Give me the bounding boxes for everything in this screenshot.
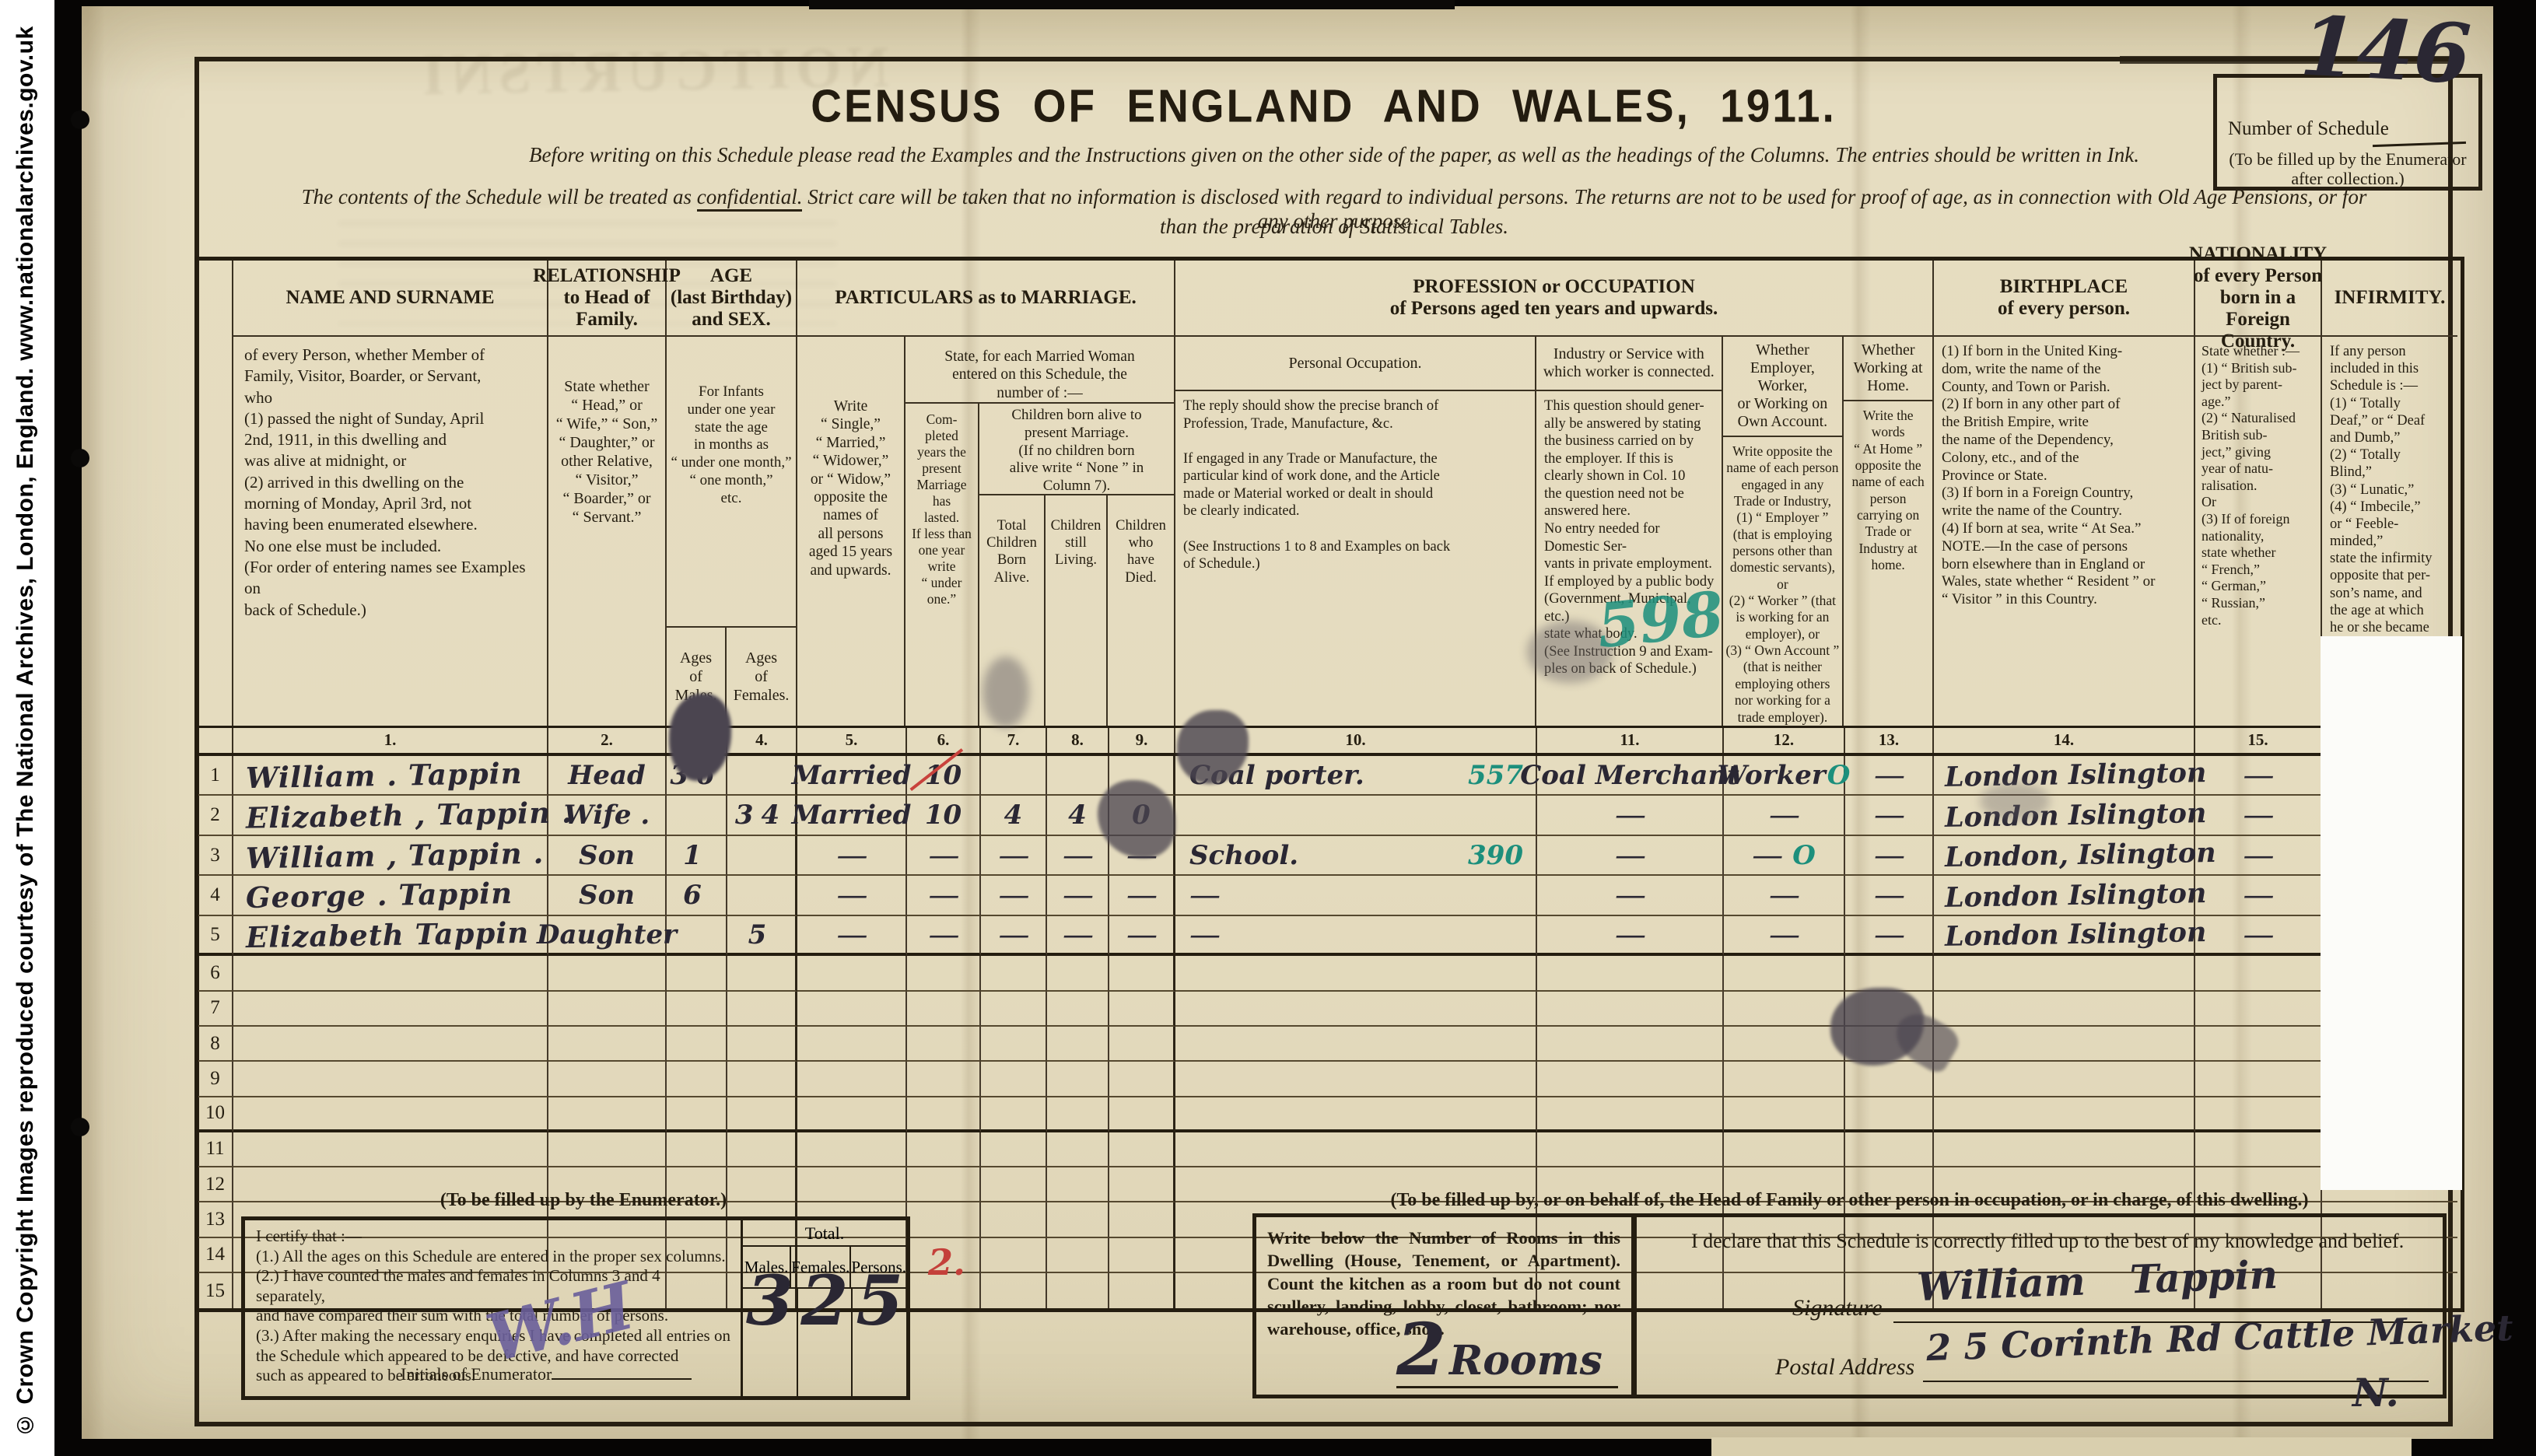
row-13-cell-died	[1109, 1202, 1175, 1237]
green-ink-circle: O	[1827, 760, 1851, 791]
row-4-ind-handwritten: —	[1615, 877, 1645, 913]
row-2-nat-handwritten: —	[2244, 797, 2273, 833]
row-1-ind-handwritten: Coal Merchant	[1520, 760, 1739, 791]
row-7-cell-living	[1047, 992, 1109, 1027]
red-ink-annotation: 2.	[928, 1241, 965, 1283]
row-8-cell-ind	[1537, 1027, 1724, 1062]
header-col8: Children still Living.	[1046, 495, 1108, 726]
table-row-11: 11	[198, 1132, 2461, 1167]
row-10-cell-living	[1047, 1097, 1109, 1132]
declaration-text: I declare that this Schedule is correctl…	[1691, 1230, 2404, 1253]
row-11-cell-age_f	[727, 1132, 797, 1167]
row-5-name-handwritten: Elizabeth Tappin	[246, 915, 530, 954]
header-rownum	[198, 261, 233, 726]
row-2-cell-name: Elizabeth , Tappin .	[233, 796, 548, 836]
row-1-birth-handwritten: London Islington	[1945, 757, 2207, 793]
row-11-cell-name	[233, 1132, 548, 1167]
row-14-cell-n: 14	[198, 1238, 233, 1273]
header-col13: Whether Working at Home. Write the words…	[1844, 337, 1932, 726]
confidential-line2: than the preparation of Statistical Tabl…	[284, 215, 2384, 239]
row-2-cell-occ	[1175, 796, 1537, 836]
table-row-5: 5Elizabeth TappinDaughter5—————————Londo…	[198, 916, 2461, 957]
scan-edge-top	[809, 0, 1455, 9]
column-number-9: 9.	[1109, 728, 1175, 753]
row-11-cell-n: 11	[198, 1132, 233, 1167]
column-numbers-row: 1.2.3.4.5.6.7.8.9.10.11.12.13.14.15.16.	[198, 728, 2461, 756]
row-9-cell-name	[233, 1062, 548, 1097]
row-9-cell-home	[1845, 1062, 1934, 1097]
row-4-cell-n: 4	[198, 876, 233, 916]
row-4-rel-handwritten: Son	[579, 880, 635, 911]
green-ink-code-598: 598	[1594, 579, 1727, 663]
row-3-occupation-code-green: 390	[1468, 840, 1523, 871]
row-11-cell-died	[1109, 1132, 1175, 1167]
row-9-cell-died	[1109, 1062, 1175, 1097]
row-10-cell-born	[981, 1097, 1047, 1132]
signature-label: Signature	[1792, 1295, 1883, 1321]
row-2-cell-nat: —	[2195, 796, 2322, 836]
header-col10-title: Personal Occupation.	[1175, 337, 1535, 391]
row-8-cell-birth	[1934, 1027, 2195, 1062]
row-4-born-handwritten: —	[999, 877, 1028, 913]
row-2-years-handwritten: 10	[925, 800, 962, 831]
row-15-cell-living	[1047, 1273, 1109, 1308]
row-7-cell-emp	[1724, 992, 1845, 1027]
header-birthplace-body: (1) If born in the United King- dom, wri…	[1934, 337, 2194, 726]
header-marriage: PARTICULARS as to MARRIAGE. Write “ Sing…	[797, 261, 1175, 726]
row-12-cell-died	[1109, 1167, 1175, 1202]
table-row-7: 7	[198, 992, 2461, 1027]
row-10-cell-ind	[1537, 1097, 1724, 1132]
row-4-nat-handwritten: —	[2244, 877, 2273, 913]
header-col5: Write “ Single,” “ Married,” “ Widower,”…	[797, 337, 905, 726]
column-number-13: 13.	[1845, 728, 1934, 753]
row-3-cell-living: —	[1047, 836, 1109, 877]
row-11-cell-home	[1845, 1132, 1934, 1167]
row-11-cell-rel	[548, 1132, 667, 1167]
row-9-cell-age_m	[667, 1062, 727, 1097]
row-7-cell-rel	[548, 992, 667, 1027]
row-1-nat-handwritten: —	[2244, 758, 2273, 793]
row-3-cell-birth: London, Islington	[1934, 836, 2195, 877]
rooms-box: Write below the Number of Rooms in this …	[1252, 1213, 1635, 1398]
row-9-cell-occ	[1175, 1062, 1537, 1097]
header-name: NAME AND SURNAME of every Person, whethe…	[233, 261, 548, 726]
row-11-cell-occ	[1175, 1132, 1537, 1167]
dwelling-caption: (To be filled up by, or on behalf of, th…	[1249, 1190, 2450, 1211]
header-col9: Children who have Died.	[1108, 495, 1174, 726]
row-5-cell-age_f: 5	[727, 916, 797, 957]
row-2-ind-handwritten: —	[1615, 797, 1645, 833]
column-number-12: 12.	[1724, 728, 1845, 753]
column-number-11: 11.	[1537, 728, 1724, 753]
row-2-cell-rel: Wife .	[548, 796, 667, 836]
row-4-name-handwritten: George . Tappin	[246, 876, 513, 915]
row-5-home-handwritten: —	[1874, 917, 1904, 953]
row-9-cell-n: 9	[198, 1062, 233, 1097]
row-14-cell-died	[1109, 1238, 1175, 1273]
row-5-cell-living: —	[1047, 916, 1109, 957]
row-1-cell-emp: WorkerO	[1724, 756, 1845, 796]
row-3-birth-handwritten: London, Islington	[1945, 837, 2216, 873]
row-2-born-handwritten: 4	[1004, 800, 1023, 831]
row-7-cell-age_f	[727, 992, 797, 1027]
punch-hole	[71, 449, 89, 467]
column-number-1: 1.	[233, 728, 548, 753]
row-9-cell-age_f	[727, 1062, 797, 1097]
row-2-rel-handwritten: Wife .	[564, 800, 650, 831]
header-birthplace: BIRTHPLACE of every person. (1) If born …	[1934, 261, 2195, 726]
row-10-cell-age_m	[667, 1097, 727, 1132]
row-6-cell-years	[907, 956, 981, 991]
row-5-cond-handwritten: —	[837, 917, 867, 953]
row-2-cell-age_m	[667, 796, 727, 836]
confidential-word: confidential.	[697, 185, 803, 212]
header-col11-title: Industry or Service with which worker is…	[1536, 337, 1722, 391]
row-8-cell-n: 8	[198, 1027, 233, 1062]
row-5-cell-years: —	[907, 916, 981, 957]
row-12-cell-living	[1047, 1167, 1109, 1202]
row-3-occ-handwritten: School.	[1189, 840, 1298, 871]
header-col10: Personal Occupation. The reply should sh…	[1175, 337, 1536, 726]
row-10-cell-occ	[1175, 1097, 1537, 1132]
row-10-cell-died	[1109, 1097, 1175, 1132]
row-13-cell-living	[1047, 1202, 1109, 1237]
row-7-cell-born	[981, 992, 1047, 1027]
row-4-cell-living: —	[1047, 876, 1109, 916]
rooms-value: 2 Rooms	[1396, 1321, 1618, 1388]
row-1-home-handwritten: —	[1874, 758, 1904, 793]
row-6-cell-cond	[797, 956, 907, 991]
table-row-10: 10	[198, 1097, 2461, 1132]
row-4-cell-age_m: 6	[667, 876, 727, 916]
row-12-cell-n: 12	[198, 1167, 233, 1202]
row-4-cell-home: —	[1845, 876, 1934, 916]
row-9-cell-ind	[1537, 1062, 1724, 1097]
postal-address-handwritten: 2 5 Corinth Rd Cattle Market	[1925, 1307, 2513, 1369]
row-15-cell-born	[981, 1273, 1047, 1308]
row-8-cell-years	[907, 1027, 981, 1062]
header-name-title: NAME AND SURNAME	[233, 261, 547, 337]
row-5-occ-handwritten: —	[1189, 917, 1219, 953]
row-8-cell-rel	[548, 1027, 667, 1062]
row-4-cell-name: George . Tappin	[233, 876, 548, 916]
row-6-cell-birth	[1934, 956, 2195, 991]
row-11-cell-age_m	[667, 1132, 727, 1167]
row-4-cell-emp: —	[1724, 876, 1845, 916]
row-5-cell-cond: —	[797, 916, 907, 957]
row-3-cell-born: —	[981, 836, 1047, 877]
row-2-cond-handwritten: Married	[792, 800, 912, 831]
row-3-name-handwritten: William , Tappin .	[246, 835, 545, 875]
table-row-6: 6	[198, 956, 2461, 991]
row-3-rel-handwritten: Son	[579, 840, 635, 871]
row-7-cell-cond	[797, 992, 907, 1027]
row-4-occ-handwritten: —	[1189, 877, 1219, 913]
row-3-years-handwritten: —	[929, 838, 958, 873]
row-11-cell-ind	[1537, 1132, 1724, 1167]
row-1-cell-age_f	[727, 756, 797, 796]
row-5-cell-birth: London Islington	[1934, 916, 2195, 957]
row-6-cell-nat	[2195, 956, 2322, 991]
column-number-15: 15.	[2195, 728, 2322, 753]
row-1-cell-birth: London Islington	[1934, 756, 2195, 796]
row-4-cell-died: —	[1109, 876, 1175, 916]
header-relationship: RELATIONSHIP to Head of Family. State wh…	[548, 261, 667, 726]
row-3-cell-age_m: 1	[667, 836, 727, 877]
row-1-cell-born	[981, 756, 1047, 796]
row-4-years-handwritten: —	[929, 877, 958, 913]
row-1-cell-rel: Head	[548, 756, 667, 796]
row-4-cell-years: —	[907, 876, 981, 916]
form-title: CENSUS OF ENGLAND AND WALES, 1911.	[194, 79, 2453, 132]
schedule-number-note: (To be filled up by the Enumerator after…	[2217, 149, 2478, 189]
row-5-cell-nat: —	[2195, 916, 2322, 957]
row-8-cell-age_m	[667, 1027, 727, 1062]
row-10-cell-name	[233, 1097, 548, 1132]
row-7-cell-nat	[2195, 992, 2322, 1027]
schedule-number-value: 146	[2298, 0, 2473, 103]
header-nationality-title: NATIONALITY of every Person born in a Fo…	[2195, 261, 2321, 337]
row-2-emp-handwritten: —	[1769, 797, 1799, 833]
row-12-cell-born	[981, 1167, 1047, 1202]
instruction-line: Before writing on this Schedule please r…	[284, 143, 2384, 167]
row-4-cell-nat: —	[2195, 876, 2322, 916]
row-9-cell-emp	[1724, 1062, 1845, 1097]
row-3-cell-years: —	[907, 836, 981, 877]
row-3-emp-handwritten: —	[1752, 838, 1781, 873]
header-relationship-title: RELATIONSHIP to Head of Family.	[548, 261, 665, 337]
column-number-14: 14.	[1934, 728, 2195, 753]
rooms-word: Rooms	[1449, 1337, 1603, 1384]
row-5-cell-ind: —	[1537, 916, 1724, 957]
census-form-paper: NOITCURTSNI CENSUS OF ENGLAND AND WALES,…	[82, 6, 2493, 1439]
header-married-woman: State, for each Married Woman entered on…	[905, 337, 1174, 404]
copyright-strip: © Crown Copyright Images reproduced cour…	[0, 0, 54, 1456]
row-8-cell-died	[1109, 1027, 1175, 1062]
row-3-cell-cond: —	[797, 836, 907, 877]
row-3-cell-n: 3	[198, 836, 233, 877]
row-4-cell-ind: —	[1537, 876, 1724, 916]
row-1-cell-living	[1047, 756, 1109, 796]
row-1-cell-n: 1	[198, 756, 233, 796]
header-birthplace-title: BIRTHPLACE of every person.	[1934, 261, 2194, 337]
row-8-cell-emp	[1724, 1027, 1845, 1062]
schedule-number-rule	[2373, 142, 2466, 147]
row-8-cell-occ	[1175, 1027, 1537, 1062]
row-4-cell-cond: —	[797, 876, 907, 916]
row-8-cell-name	[233, 1027, 548, 1062]
column-number-4: 4.	[727, 728, 797, 753]
row-10-cell-birth	[1934, 1097, 2195, 1132]
row-3-cell-home: —	[1845, 836, 1934, 877]
header-col6: Com- pleted years the present Marriage h…	[905, 404, 979, 726]
row-4-age_m-handwritten: 6	[683, 880, 709, 911]
row-1-rel-handwritten: Head	[568, 760, 646, 791]
instruction-text: Before writing on this Schedule please r…	[529, 143, 2139, 166]
row-8-cell-living	[1047, 1027, 1109, 1062]
row-5-birth-handwritten: London Islington	[1945, 916, 2207, 953]
row-3-age_m-handwritten: 1	[683, 840, 709, 871]
row-6-cell-home	[1845, 956, 1934, 991]
table-row-3: 3William , Tappin .Son1—————School.390——…	[198, 836, 2461, 877]
header-infirmity-title: INFIRMITY.	[2322, 261, 2457, 337]
ink-smudge	[1980, 782, 2050, 820]
row-4-cell-birth: London Islington	[1934, 876, 2195, 916]
row-1-cell-home: —	[1845, 756, 1934, 796]
row-3-cond-handwritten: —	[837, 838, 867, 873]
row-13-cell-n: 13	[198, 1202, 233, 1237]
header-col13-body: Write the words “ At Home ” opposite the…	[1844, 401, 1932, 726]
row-4-cond-handwritten: —	[837, 877, 867, 913]
header-col12-title: Whether Employer, Worker, or Working on …	[1723, 337, 1843, 437]
row-6-cell-rel	[548, 956, 667, 991]
header-marriage-title: PARTICULARS as to MARRIAGE.	[797, 261, 1174, 337]
row-4-home-handwritten: —	[1874, 877, 1904, 913]
table-row-1: 1William . TappinHead36Married10Coal por…	[198, 756, 2461, 796]
row-3-cell-ind: —	[1537, 836, 1724, 877]
row-5-cell-died: —	[1109, 916, 1175, 957]
row-6-cell-emp	[1724, 956, 1845, 991]
row-15-cell-died	[1109, 1273, 1175, 1308]
males-total-value: 3	[746, 1275, 793, 1326]
row-1-occupation-code-green: 557	[1468, 760, 1523, 791]
table-row-9: 9	[198, 1062, 2461, 1097]
row-9-cell-living	[1047, 1062, 1109, 1097]
row-15-cell-n: 15	[198, 1273, 233, 1308]
row-5-died-handwritten: —	[1126, 917, 1156, 953]
row-4-cell-born: —	[981, 876, 1047, 916]
rooms-number: 2	[1396, 1307, 1446, 1391]
row-5-cell-home: —	[1845, 916, 1934, 957]
row-4-died-handwritten: —	[1126, 877, 1156, 913]
row-4-cell-age_f	[727, 876, 797, 916]
row-3-cell-occ: School.390	[1175, 836, 1537, 877]
row-2-cell-cond: Married	[797, 796, 907, 836]
row-5-ind-handwritten: —	[1615, 917, 1645, 953]
census-table: NAME AND SURNAME of every Person, whethe…	[194, 257, 2464, 1312]
row-1-cell-nat: —	[2195, 756, 2322, 796]
row-7-cell-died	[1109, 992, 1175, 1027]
females-total-value: 2	[800, 1275, 848, 1326]
table-row-4: 4George . TappinSon6—————————London Isli…	[198, 876, 2461, 916]
header-age-body: For Infants under one year state the age…	[667, 337, 796, 726]
row-11-cell-birth	[1934, 1132, 2195, 1167]
row-1-name-handwritten: William . Tappin	[246, 755, 523, 794]
row-7-cell-ind	[1537, 992, 1724, 1027]
header-age: AGE (last Birthday) and SEX. For Infants…	[667, 261, 797, 726]
row-11-cell-nat	[2195, 1132, 2322, 1167]
persons-total-value: 5	[856, 1275, 903, 1326]
row-9-cell-cond	[797, 1062, 907, 1097]
row-2-name-handwritten: Elizabeth , Tappin .	[246, 795, 573, 835]
row-7-cell-birth	[1934, 992, 2195, 1027]
row-3-cell-rel: Son	[548, 836, 667, 877]
row-10-cell-home	[1845, 1097, 1934, 1132]
punch-hole	[71, 1118, 89, 1136]
postal-address-label: Postal Address	[1775, 1354, 1914, 1381]
row-7-cell-n: 7	[198, 992, 233, 1027]
totals-table: Total. Males. Females. Persons. 3 2 5	[743, 1220, 906, 1396]
row-2-home-handwritten: —	[1874, 797, 1904, 833]
header-children-alive: Children born alive to present Marriage.…	[979, 404, 1174, 495]
row-6-cell-living	[1047, 956, 1109, 991]
row-2-cell-born: 4	[981, 796, 1047, 836]
row-10-cell-cond	[797, 1097, 907, 1132]
row-9-cell-rel	[548, 1062, 667, 1097]
row-8-cell-cond	[797, 1027, 907, 1062]
row-5-born-handwritten: —	[999, 917, 1028, 953]
column-number-5: 5.	[797, 728, 907, 753]
row-6-cell-died	[1109, 956, 1175, 991]
row-5-cell-born: —	[981, 916, 1047, 957]
row-6-cell-name	[233, 956, 548, 991]
row-2-living-handwritten: 4	[1068, 800, 1087, 831]
row-2-cell-home: —	[1845, 796, 1934, 836]
row-11-cell-born	[981, 1132, 1047, 1167]
census-scan: { "sidebar": { "copyright": "© Crown Cop…	[0, 0, 2536, 1456]
row-8-cell-born	[981, 1027, 1047, 1062]
scan-white-patch	[2321, 636, 2462, 1190]
row-4-emp-handwritten: —	[1769, 877, 1799, 913]
row-9-cell-birth	[1934, 1062, 2195, 1097]
row-3-nat-handwritten: —	[2244, 838, 2273, 873]
row-1-cell-name: William . Tappin	[233, 756, 548, 796]
row-4-cell-occ: —	[1175, 876, 1537, 916]
row-5-cell-name: Elizabeth Tappin	[233, 916, 548, 957]
row-8-cell-nat	[2195, 1027, 2322, 1062]
initials-line: Initials of Enumerator	[401, 1364, 692, 1385]
row-3-living-handwritten: —	[1063, 838, 1092, 873]
header-relationship-body: State whether “ Head,” or “ Wife,” “ Son…	[548, 337, 665, 726]
row-6-cell-born	[981, 956, 1047, 991]
row-3-cell-age_f	[727, 836, 797, 877]
header-col12-body: Write opposite the name of each person e…	[1723, 437, 1843, 726]
row-3-born-handwritten: —	[999, 838, 1028, 873]
row-5-cell-emp: —	[1724, 916, 1845, 957]
row-3-ind-handwritten: —	[1615, 838, 1645, 873]
row-6-cell-occ	[1175, 956, 1537, 991]
row-5-cell-occ: —	[1175, 916, 1537, 957]
row-2-cell-n: 2	[198, 796, 233, 836]
row-2-age_f-handwritten: 34	[735, 800, 787, 831]
column-number-7: 7.	[981, 728, 1047, 753]
row-2-cell-emp: —	[1724, 796, 1845, 836]
row-1-cond-handwritten: Married	[792, 760, 912, 791]
confidential-pre: The contents of the Schedule will be tre…	[302, 185, 697, 208]
header-age-title: AGE (last Birthday) and SEX.	[667, 261, 796, 337]
green-ink-circle: O	[1792, 840, 1816, 871]
row-5-age_f-handwritten: 5	[748, 919, 775, 950]
row-7-cell-name	[233, 992, 548, 1027]
header-col12: Whether Employer, Worker, or Working on …	[1723, 337, 1844, 726]
row-5-rel-handwritten: Daughter	[537, 919, 677, 950]
header-nationality: NATIONALITY of every Person born in a Fo…	[2195, 261, 2322, 726]
row-4-living-handwritten: —	[1063, 877, 1092, 913]
row-11-cell-cond	[797, 1132, 907, 1167]
row-3-cell-emp: —O	[1724, 836, 1845, 877]
row-7-cell-occ	[1175, 992, 1537, 1027]
row-1-cell-cond: Married	[797, 756, 907, 796]
header-profession-title: PROFESSION or OCCUPATION of Persons aged…	[1175, 261, 1932, 337]
row-3-cell-name: William , Tappin .	[233, 836, 548, 877]
row-8-cell-age_f	[727, 1027, 797, 1062]
column-number-8: 8.	[1047, 728, 1109, 753]
row-9-cell-born	[981, 1062, 1047, 1097]
header-ages-females: Ages of Females.	[727, 628, 796, 726]
punch-hole	[71, 110, 89, 129]
column-number-6: 6.	[907, 728, 981, 753]
